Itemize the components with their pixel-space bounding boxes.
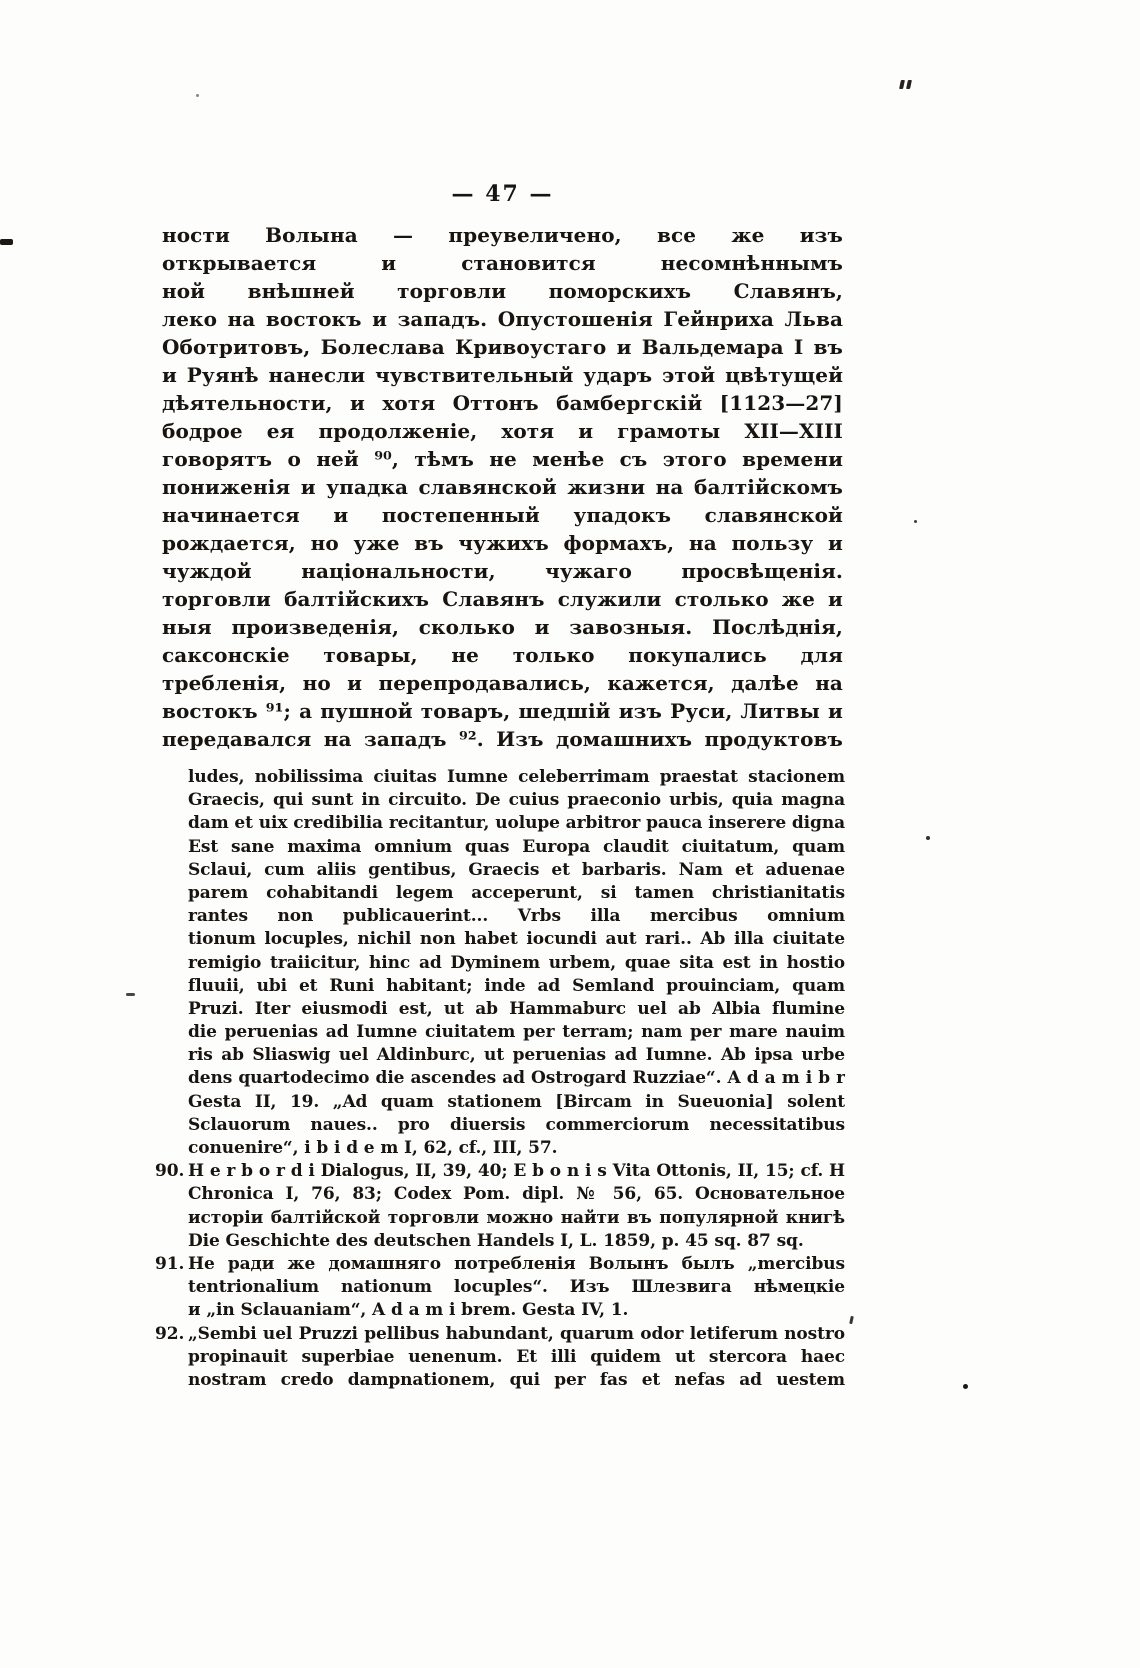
footnote-line: исторіи балтійской торговли можно найти … [188, 1207, 845, 1230]
body-text-line: чуждой національности, чужаго просвѣщені… [162, 557, 843, 585]
footnotes-block: ludes, nobilissima ciuitas Iumne celeber… [155, 766, 845, 1392]
footnote-line: Die Geschichte des deutschen Handels I, … [188, 1230, 845, 1253]
footnote-continuation: ludes, nobilissima ciuitas Iumne celeber… [155, 766, 845, 1160]
body-text-line: бодрое ея продолженіе, хотя и грамоты XI… [162, 417, 843, 445]
footnote-line: dam et uix credibilia recitantur, uolupe… [188, 812, 845, 835]
scan-speck-quote [899, 80, 905, 89]
scan-speck [849, 1316, 854, 1324]
body-text-line: и Руянѣ нанесли чувствительный ударъ это… [162, 361, 843, 389]
footnote-line: ris ab Sliaswig uel Aldinburc, ut peruen… [188, 1044, 845, 1067]
footnote-line: nostram credo dampnationem, qui per fas … [188, 1369, 845, 1392]
scan-speck [126, 993, 135, 996]
footnote-line: Sclaui, cum aliis gentibus, Graecis et b… [188, 859, 845, 882]
footnote-line: dens quartodecimo die ascendes ad Ostrog… [188, 1067, 845, 1090]
footnote-number: 90. [155, 1160, 188, 1183]
footnote-line: fluuii, ubi et Runi habitant; inde ad Se… [188, 975, 845, 998]
footnote-entry-92: 92. „Sembi uel Pruzzi pellibus habundant… [155, 1323, 845, 1393]
body-text-line: говорятъ о ней ⁹⁰, тѣмъ не менѣе съ этог… [162, 445, 843, 473]
footnote-line: Chronica I, 76, 83; Codex Pom. dipl. № 5… [188, 1183, 845, 1206]
body-text-line: начинается и постепенный упадокъ славянс… [162, 501, 843, 529]
page-number: — 47 — [162, 181, 843, 207]
footnote-number: 92. [155, 1323, 188, 1346]
scan-speck [963, 1384, 968, 1389]
footnote-line: 91. Не ради же домашняго потребленія Вол… [155, 1253, 845, 1276]
body-text-line: востокъ ⁹¹; а пушной товаръ, шедшій изъ … [162, 697, 843, 725]
footnote-entry-90: 90. H e r b o r d i Dialogus, II, 39, 40… [155, 1160, 845, 1253]
footnote-line: die peruenias ad Iumne ciuitatem per ter… [188, 1021, 845, 1044]
body-text-line: леко на востокъ и западъ. Опустошенія Ге… [162, 305, 843, 333]
body-text-line: ныя произведенія, сколько и завозныя. По… [162, 613, 843, 641]
scan-speck [0, 239, 13, 245]
body-text-line: Оботритовъ, Болеслава Кривоустаго и Валь… [162, 333, 843, 361]
footnote-line: Sclauorum naues.. pro diuersis commercio… [188, 1114, 845, 1137]
footnote-number: 91. [155, 1253, 188, 1276]
body-text-line: рождается, но уже въ чужихъ формахъ, на … [162, 529, 843, 557]
footnote-line: Est sane maxima omnium quas Europa claud… [188, 836, 845, 859]
body-text-line: дѣятельности, и хотя Оттонъ бамбергскій … [162, 389, 843, 417]
footnote-line: tionum locuples, nichil non habet iocund… [188, 928, 845, 951]
footnote-line: 90. H e r b o r d i Dialogus, II, 39, 40… [155, 1160, 845, 1183]
footnote-entry-91: 91. Не ради же домашняго потребленія Вол… [155, 1253, 845, 1323]
scan-speck [914, 520, 917, 523]
body-text-line: саксонскіе товары, не только покупались … [162, 641, 843, 669]
footnote-line: Graecis, qui sunt in circuito. De cuius … [188, 789, 845, 812]
scan-speck [926, 836, 930, 840]
body-text-line: пониженія и упадка славянской жизни на б… [162, 473, 843, 501]
footnote-text: Не ради же домашняго потребленія Волынъ … [188, 1253, 845, 1276]
footnote-line: и „in Sclauaniam“, A d a m i brem. Gesta… [188, 1299, 845, 1322]
footnote-line: remigio traiicitur, hinc ad Dyminem urbe… [188, 952, 845, 975]
body-text-line: требленія, но и перепродавались, кажется… [162, 669, 843, 697]
footnote-line: propinauit superbiae uenenum. Et illi qu… [188, 1346, 845, 1369]
footnote-line: rantes non publicauerint... Vrbs illa me… [188, 905, 845, 928]
body-text-line: ной внѣшней торговли поморскихъ Славянъ,… [162, 277, 843, 305]
body-text-line: передавался на западъ ⁹². Изъ домашнихъ … [162, 725, 843, 753]
footnote-line: ludes, nobilissima ciuitas Iumne celeber… [188, 766, 845, 789]
footnote-line: conuenire“, i b i d e m I, 62, cf., III,… [188, 1137, 845, 1160]
footnote-line: Gesta II, 19. „Ad quam stationem [Bircam… [188, 1091, 845, 1114]
footnote-line: 92. „Sembi uel Pruzzi pellibus habundant… [155, 1323, 845, 1346]
footnote-line: parem cohabitandi legem acceperunt, si t… [188, 882, 845, 905]
body-text-line: торговли балтійскихъ Славянъ служили сто… [162, 585, 843, 613]
footnote-text: H e r b o r d i Dialogus, II, 39, 40; E … [188, 1160, 845, 1183]
main-text-block: ности Волына — преувеличено, все же изъ … [162, 221, 843, 753]
footnote-text: „Sembi uel Pruzzi pellibus habundant, qu… [188, 1323, 845, 1346]
scan-speck [196, 94, 199, 97]
body-text-line: ности Волына — преувеличено, все же изъ … [162, 221, 843, 249]
footnote-line: tentrionalium nationum locuples“. Изъ Шл… [188, 1276, 845, 1299]
footnote-line: Pruzi. Iter eiusmodi est, ut ab Hammabur… [188, 998, 845, 1021]
body-text-line: открывается и становится несомнѣннымъ су… [162, 249, 843, 277]
